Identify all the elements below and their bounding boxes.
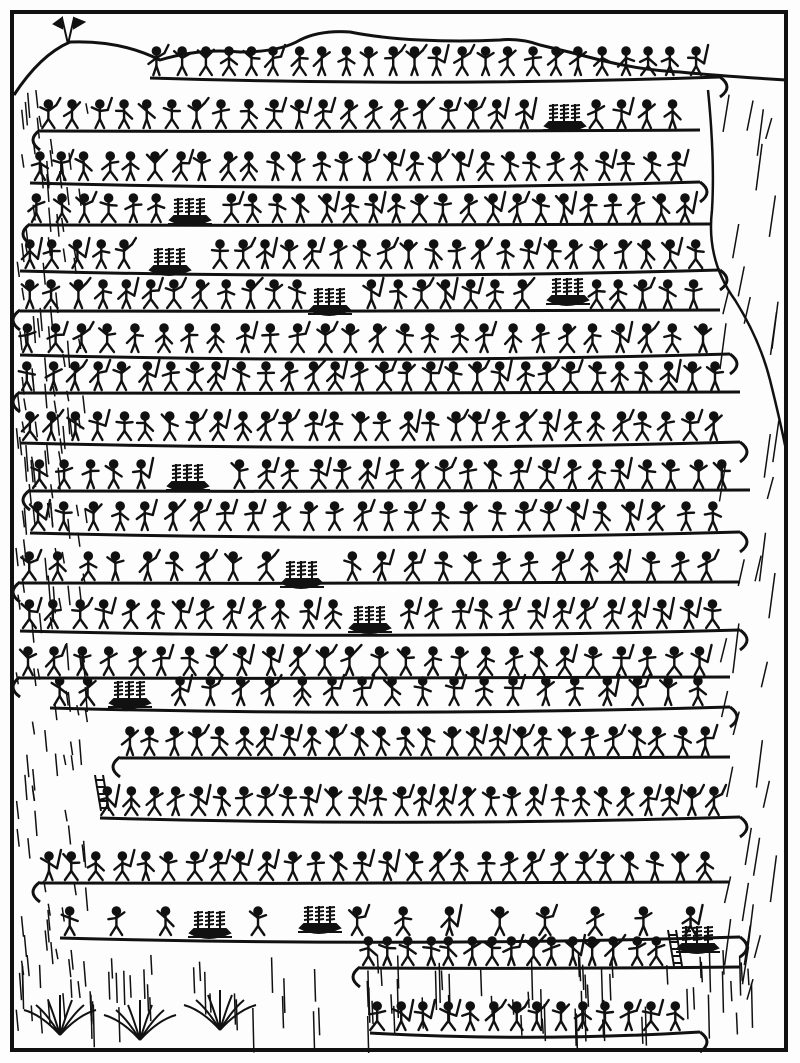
hatch-stroke	[315, 969, 316, 1002]
hatch-stroke	[199, 962, 200, 981]
hatch-stroke	[71, 979, 72, 997]
path-edge	[20, 582, 740, 583]
hatch-stroke	[693, 987, 694, 1009]
hatch-stroke	[481, 968, 482, 996]
hatch-stroke	[283, 996, 284, 1028]
path-edge	[20, 392, 740, 393]
hatch-stroke	[740, 956, 741, 996]
hatch-stroke	[709, 952, 710, 992]
hatch-stroke	[701, 962, 702, 983]
hatch-stroke	[194, 967, 195, 993]
hatch-stroke	[576, 1013, 577, 1050]
hatch-stroke	[741, 962, 742, 981]
hatch-stroke	[111, 958, 112, 978]
path-edge	[120, 757, 730, 758]
hatch-stroke	[708, 995, 709, 1039]
hatch-stroke	[109, 972, 110, 1000]
hatch-stroke	[748, 969, 749, 986]
hatch-stroke	[319, 1008, 320, 1036]
hatch-stroke	[722, 971, 723, 1012]
path-edge	[40, 882, 730, 883]
hatch-stroke	[391, 994, 392, 1013]
paper-background	[0, 0, 800, 1063]
path-edge	[30, 224, 710, 225]
hatch-stroke	[736, 1013, 737, 1035]
hatch-stroke	[435, 971, 436, 1010]
hatch-stroke	[130, 975, 131, 998]
hatch-stroke	[441, 970, 442, 990]
hatch-stroke	[587, 985, 588, 1007]
path-edge	[30, 490, 750, 491]
hatch-stroke	[124, 971, 125, 1005]
hatch-stroke	[144, 969, 145, 999]
hatch-stroke	[610, 974, 611, 1001]
hatch-stroke	[151, 955, 152, 975]
hatch-stroke	[116, 973, 117, 1003]
hatch-stroke	[377, 955, 378, 974]
hatch-stroke	[752, 983, 753, 1027]
hatch-stroke	[313, 1011, 314, 1048]
hatch-stroke	[585, 975, 586, 999]
hatch-stroke	[284, 978, 285, 1013]
hatch-stroke	[253, 1008, 254, 1053]
path-edge	[40, 130, 700, 131]
path-edge	[20, 310, 720, 311]
hatch-stroke	[687, 989, 688, 1019]
hatch-stroke	[272, 957, 273, 993]
hatch-stroke	[23, 966, 24, 1009]
path-edge	[360, 967, 740, 968]
hatch-stroke	[368, 970, 369, 1014]
hatch-stroke	[40, 965, 41, 988]
hatch-stroke	[642, 1017, 643, 1044]
hatch-stroke	[602, 970, 603, 1005]
hatch-stroke	[544, 1004, 545, 1041]
hatch-stroke	[542, 1019, 543, 1034]
woodcut-illustration	[0, 0, 800, 1063]
path-edge	[20, 677, 730, 678]
hatch-stroke	[521, 1015, 522, 1036]
hatch-stroke	[731, 981, 732, 1001]
hatch-stroke	[381, 970, 382, 986]
hatch-stroke	[723, 950, 724, 974]
hatch-stroke	[532, 959, 533, 1000]
hatch-stroke	[368, 1016, 369, 1053]
hatch-stroke	[147, 984, 148, 1011]
